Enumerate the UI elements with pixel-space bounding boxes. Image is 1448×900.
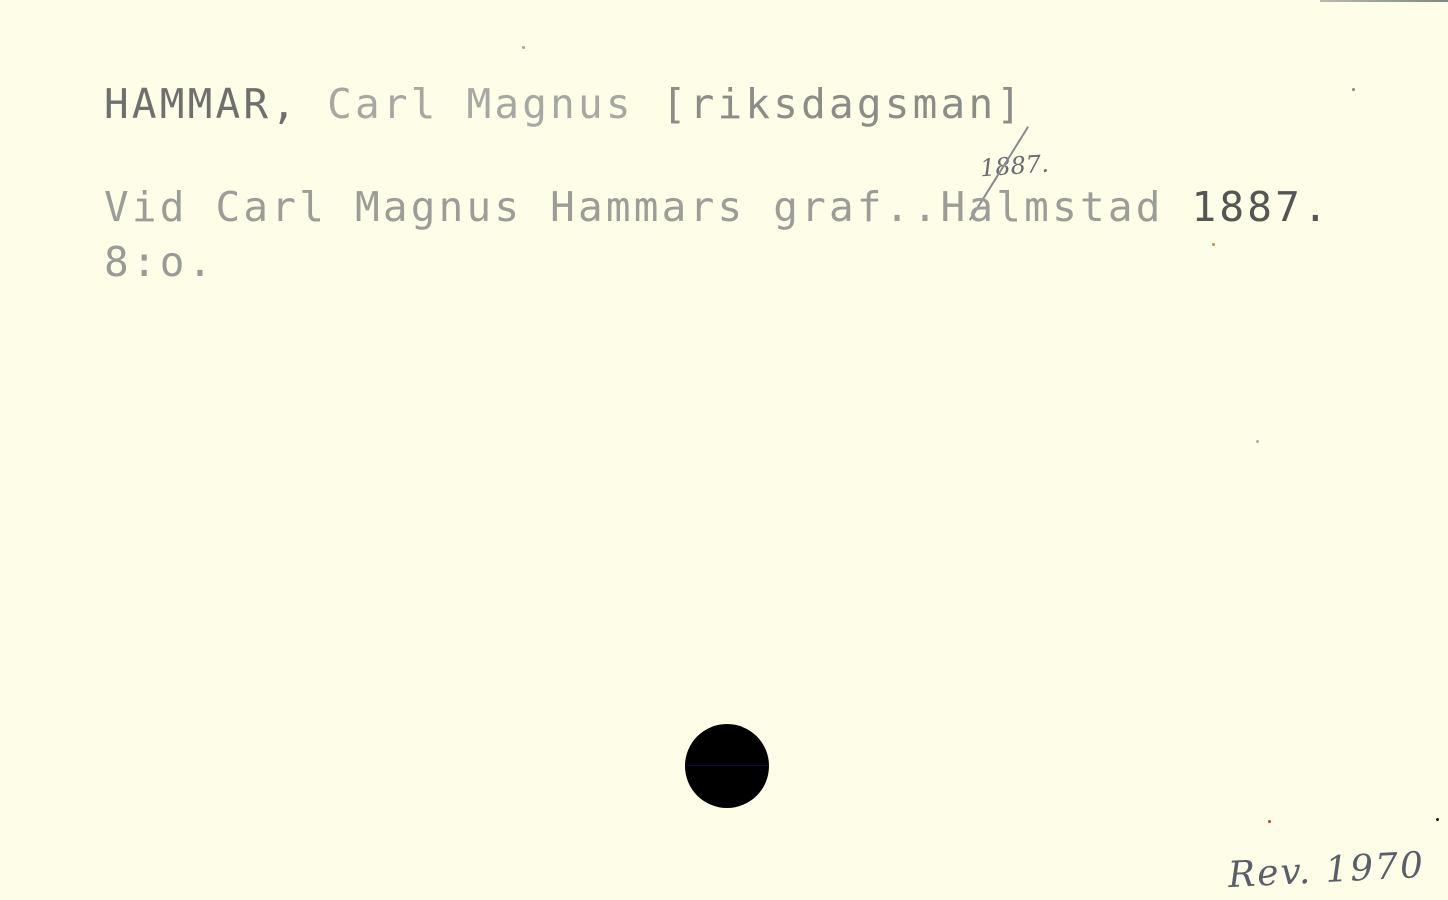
heading-given-names: Carl Magnus	[327, 80, 634, 128]
revision-note: Rev. 1970	[1227, 845, 1426, 896]
title-statement: Vid Carl Magnus Hammars graf..Halmstad 1…	[104, 187, 1331, 228]
paper-speck	[522, 46, 525, 49]
heading-qualifier: [riksdagsman]	[662, 80, 1025, 128]
paper-speck	[1212, 243, 1215, 246]
heading-surname: HAMMAR,	[104, 80, 299, 128]
imprint-year: 1887.	[1192, 183, 1331, 231]
punch-hole	[685, 724, 769, 808]
paper-speck	[1256, 440, 1259, 443]
paper-speck	[1436, 818, 1439, 821]
catalog-card: HAMMAR, Carl Magnus [riksdagsman] 1887. …	[0, 0, 1448, 900]
paper-speck	[1352, 88, 1355, 91]
card-heading: HAMMAR, Carl Magnus [riksdagsman]	[104, 84, 1024, 125]
paper-speck	[1268, 820, 1271, 823]
title-text: Vid Carl Magnus Hammars graf..	[104, 183, 941, 231]
card-top-edge	[1320, 0, 1448, 2]
imprint-place: Halmstad	[941, 183, 1164, 231]
format-statement: 8:o.	[104, 242, 216, 283]
handwritten-year-correction: 1887.	[979, 150, 1050, 183]
